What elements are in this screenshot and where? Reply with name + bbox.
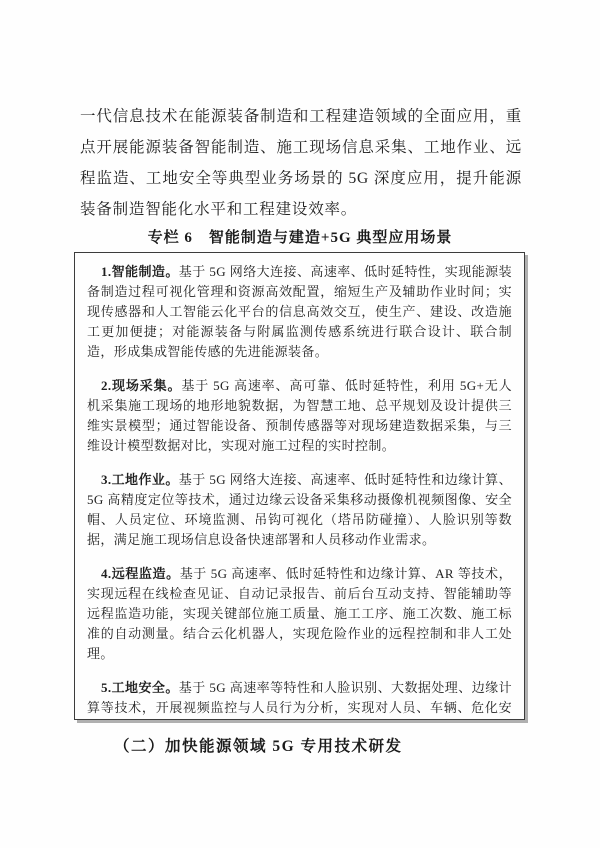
box-title: 专栏 6 智能制造与建造+5G 典型应用场景: [0, 226, 600, 247]
box-item-site-safety: 5.工地安全。基于 5G 高速率等特性和人脸识别、大数据处理、边缘计算等技术，开…: [87, 678, 512, 720]
box-item-site-operations: 3.工地作业。基于 5G 网络大连接、高速率、低时延特性和边缘计算、5G 高精度…: [87, 470, 512, 550]
section-heading: （二）加快能源领域 5G 专用技术研发: [114, 734, 403, 756]
box-item-remote-supervision-lead: 4.远程监造。: [101, 566, 180, 581]
intro-paragraph: 一代信息技术在能源装备制造和工程建造领域的全面应用，重点开展能源装备智能制造、施…: [80, 101, 522, 225]
box-item-site-data-collection-lead: 2.现场采集。: [101, 378, 181, 393]
feature-box: 1.智能制造。基于 5G 网络大连接、高速率、低时延特性，实现能源装备制造过程可…: [74, 252, 525, 720]
box-item-site-safety-lead: 5.工地安全。: [101, 680, 179, 695]
box-item-smart-manufacturing: 1.智能制造。基于 5G 网络大连接、高速率、低时延特性，实现能源装备制造过程可…: [87, 262, 512, 362]
box-item-site-operations-lead: 3.工地作业。: [101, 472, 179, 487]
box-item-remote-supervision: 4.远程监造。基于 5G 高速率、低时延特性和边缘计算、AR 等技术，实现远程在…: [87, 564, 512, 664]
box-item-smart-manufacturing-lead: 1.智能制造。: [101, 264, 179, 279]
box-item-site-data-collection: 2.现场采集。基于 5G 高速率、高可靠、低时延特性，利用 5G+无人机采集施工…: [87, 376, 512, 456]
document-page: 一代信息技术在能源装备制造和工程建造领域的全面应用，重点开展能源装备智能制造、施…: [0, 0, 600, 848]
